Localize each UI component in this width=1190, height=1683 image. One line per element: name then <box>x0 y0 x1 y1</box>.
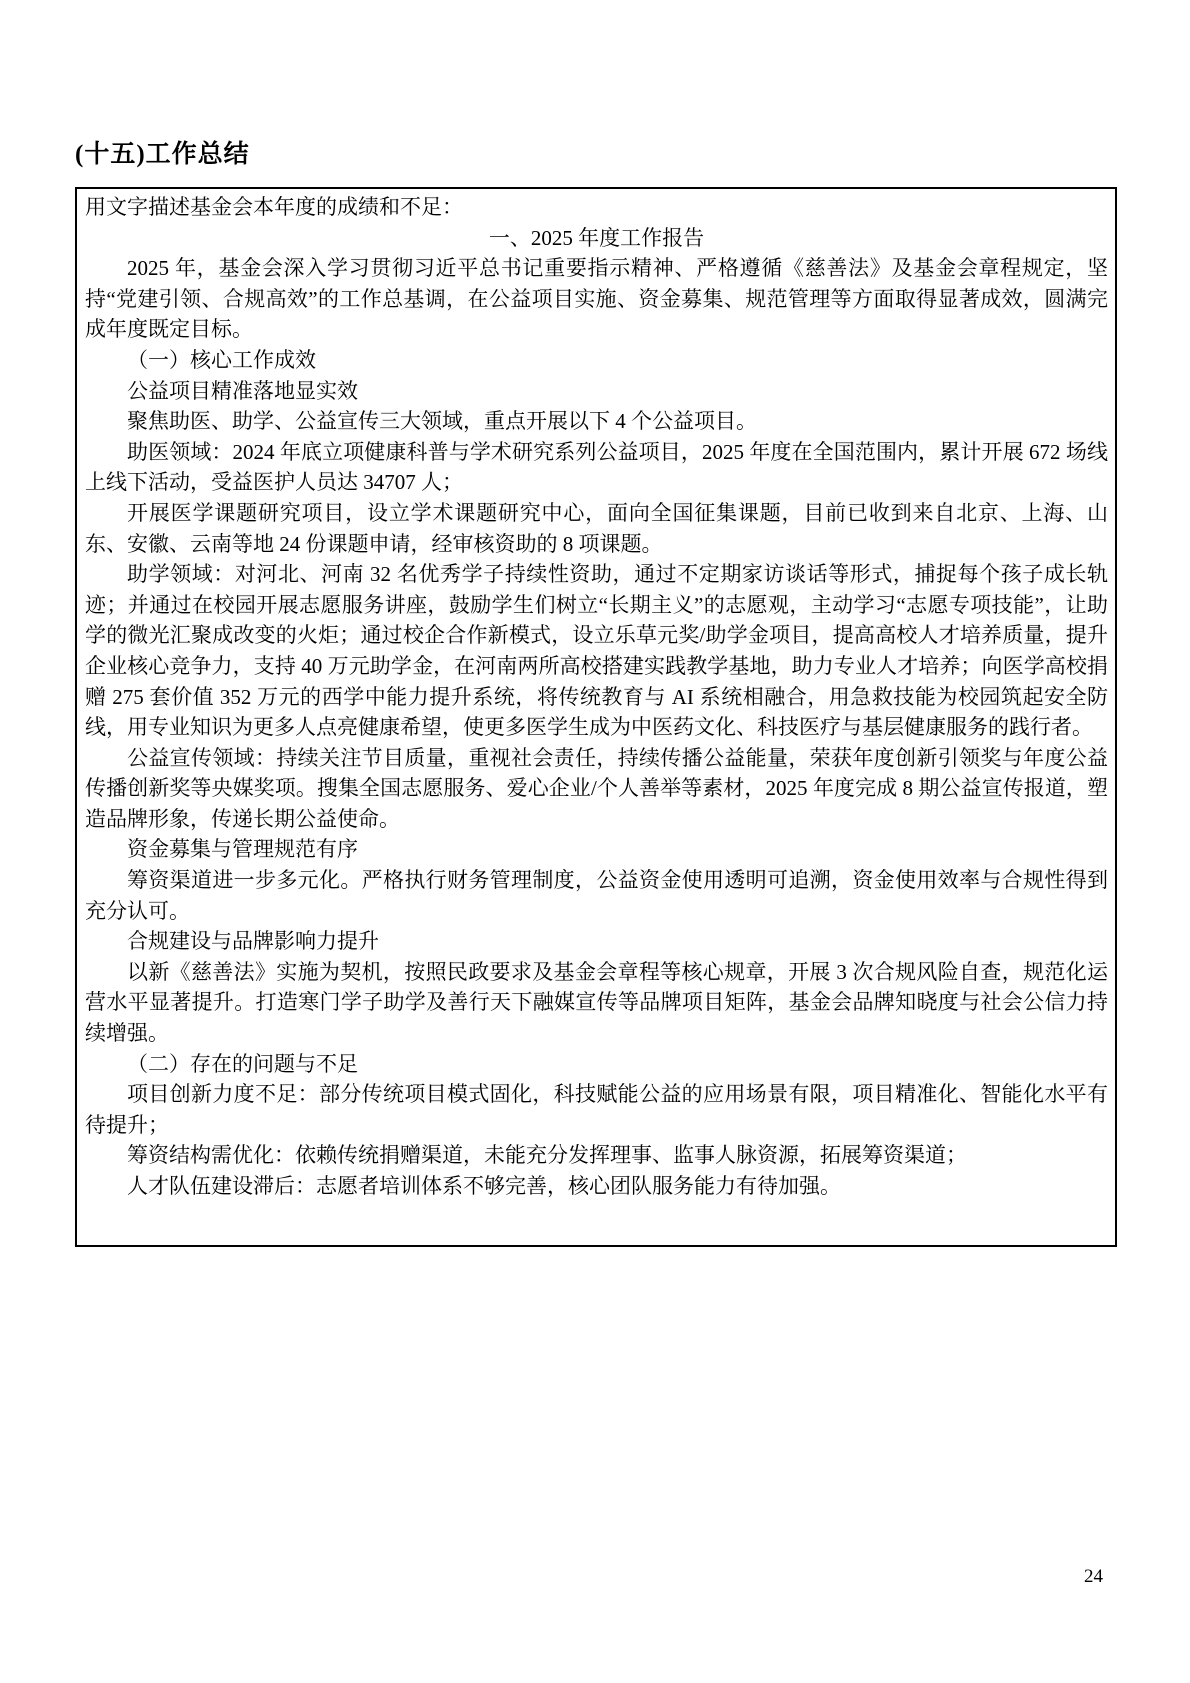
subheading-core-achievements: （一）核心工作成效 <box>85 345 1108 376</box>
paragraph-project-focus: 聚焦助医、助学、公益宣传三大领域，重点开展以下 4 个公益项目。 <box>85 406 1108 437</box>
paragraph-medical-research: 开展医学课题研究项目，设立学术课题研究中心，面向全国征集课题，目前已收到来自北京… <box>85 498 1108 559</box>
paragraph-education-aid: 助学领域：对河北、河南 32 名优秀学子持续性资助，通过不定期家访谈话等形式，捕… <box>85 559 1108 743</box>
work-summary-box: 用文字描述基金会本年度的成绩和不足： 一、2025 年度工作报告 2025 年，… <box>75 187 1117 1247</box>
paragraph-compliance: 以新《慈善法》实施为契机，按照民政要求及基金会章程等核心规章，开展 3 次合规风… <box>85 957 1108 1049</box>
paragraph-problem-innovation: 项目创新力度不足：部分传统项目模式固化，科技赋能公益的应用场景有限，项目精准化、… <box>85 1079 1108 1140</box>
section-heading: (十五)工作总结 <box>75 134 250 170</box>
paragraph-problem-fundraising: 筹资结构需优化：依赖传统捐赠渠道，未能充分发挥理事、监事人脉资源，拓展筹资渠道； <box>85 1140 1108 1171</box>
page-number: 24 <box>1084 1566 1103 1588</box>
box-intro-label: 用文字描述基金会本年度的成绩和不足： <box>85 192 1108 223</box>
annual-report-title: 一、2025 年度工作报告 <box>85 223 1108 254</box>
paragraph-overview: 2025 年，基金会深入学习贯彻习近平总书记重要指示精神、严格遵循《慈善法》及基… <box>85 253 1108 345</box>
subheading-problems: （二）存在的问题与不足 <box>85 1049 1108 1080</box>
paragraph-problem-talent: 人才队伍建设滞后：志愿者培训体系不够完善，核心团队服务能力有待加强。 <box>85 1171 1108 1202</box>
paragraph-medical-aid: 助医领域：2024 年底立项健康科普与学术研究系列公益项目，2025 年度在全国… <box>85 437 1108 498</box>
paragraph-public-welfare-publicity: 公益宣传领域：持续关注节目质量，重视社会责任，持续传播公益能量，荣获年度创新引领… <box>85 743 1108 835</box>
subheading-project-implementation: 公益项目精准落地显实效 <box>85 376 1108 407</box>
subheading-compliance-brand: 合规建设与品牌影响力提升 <box>85 926 1108 957</box>
subheading-fundraising-management: 资金募集与管理规范有序 <box>85 834 1108 865</box>
paragraph-fundraising: 筹资渠道进一步多元化。严格执行财务管理制度，公益资金使用透明可追溯，资金使用效率… <box>85 865 1108 926</box>
